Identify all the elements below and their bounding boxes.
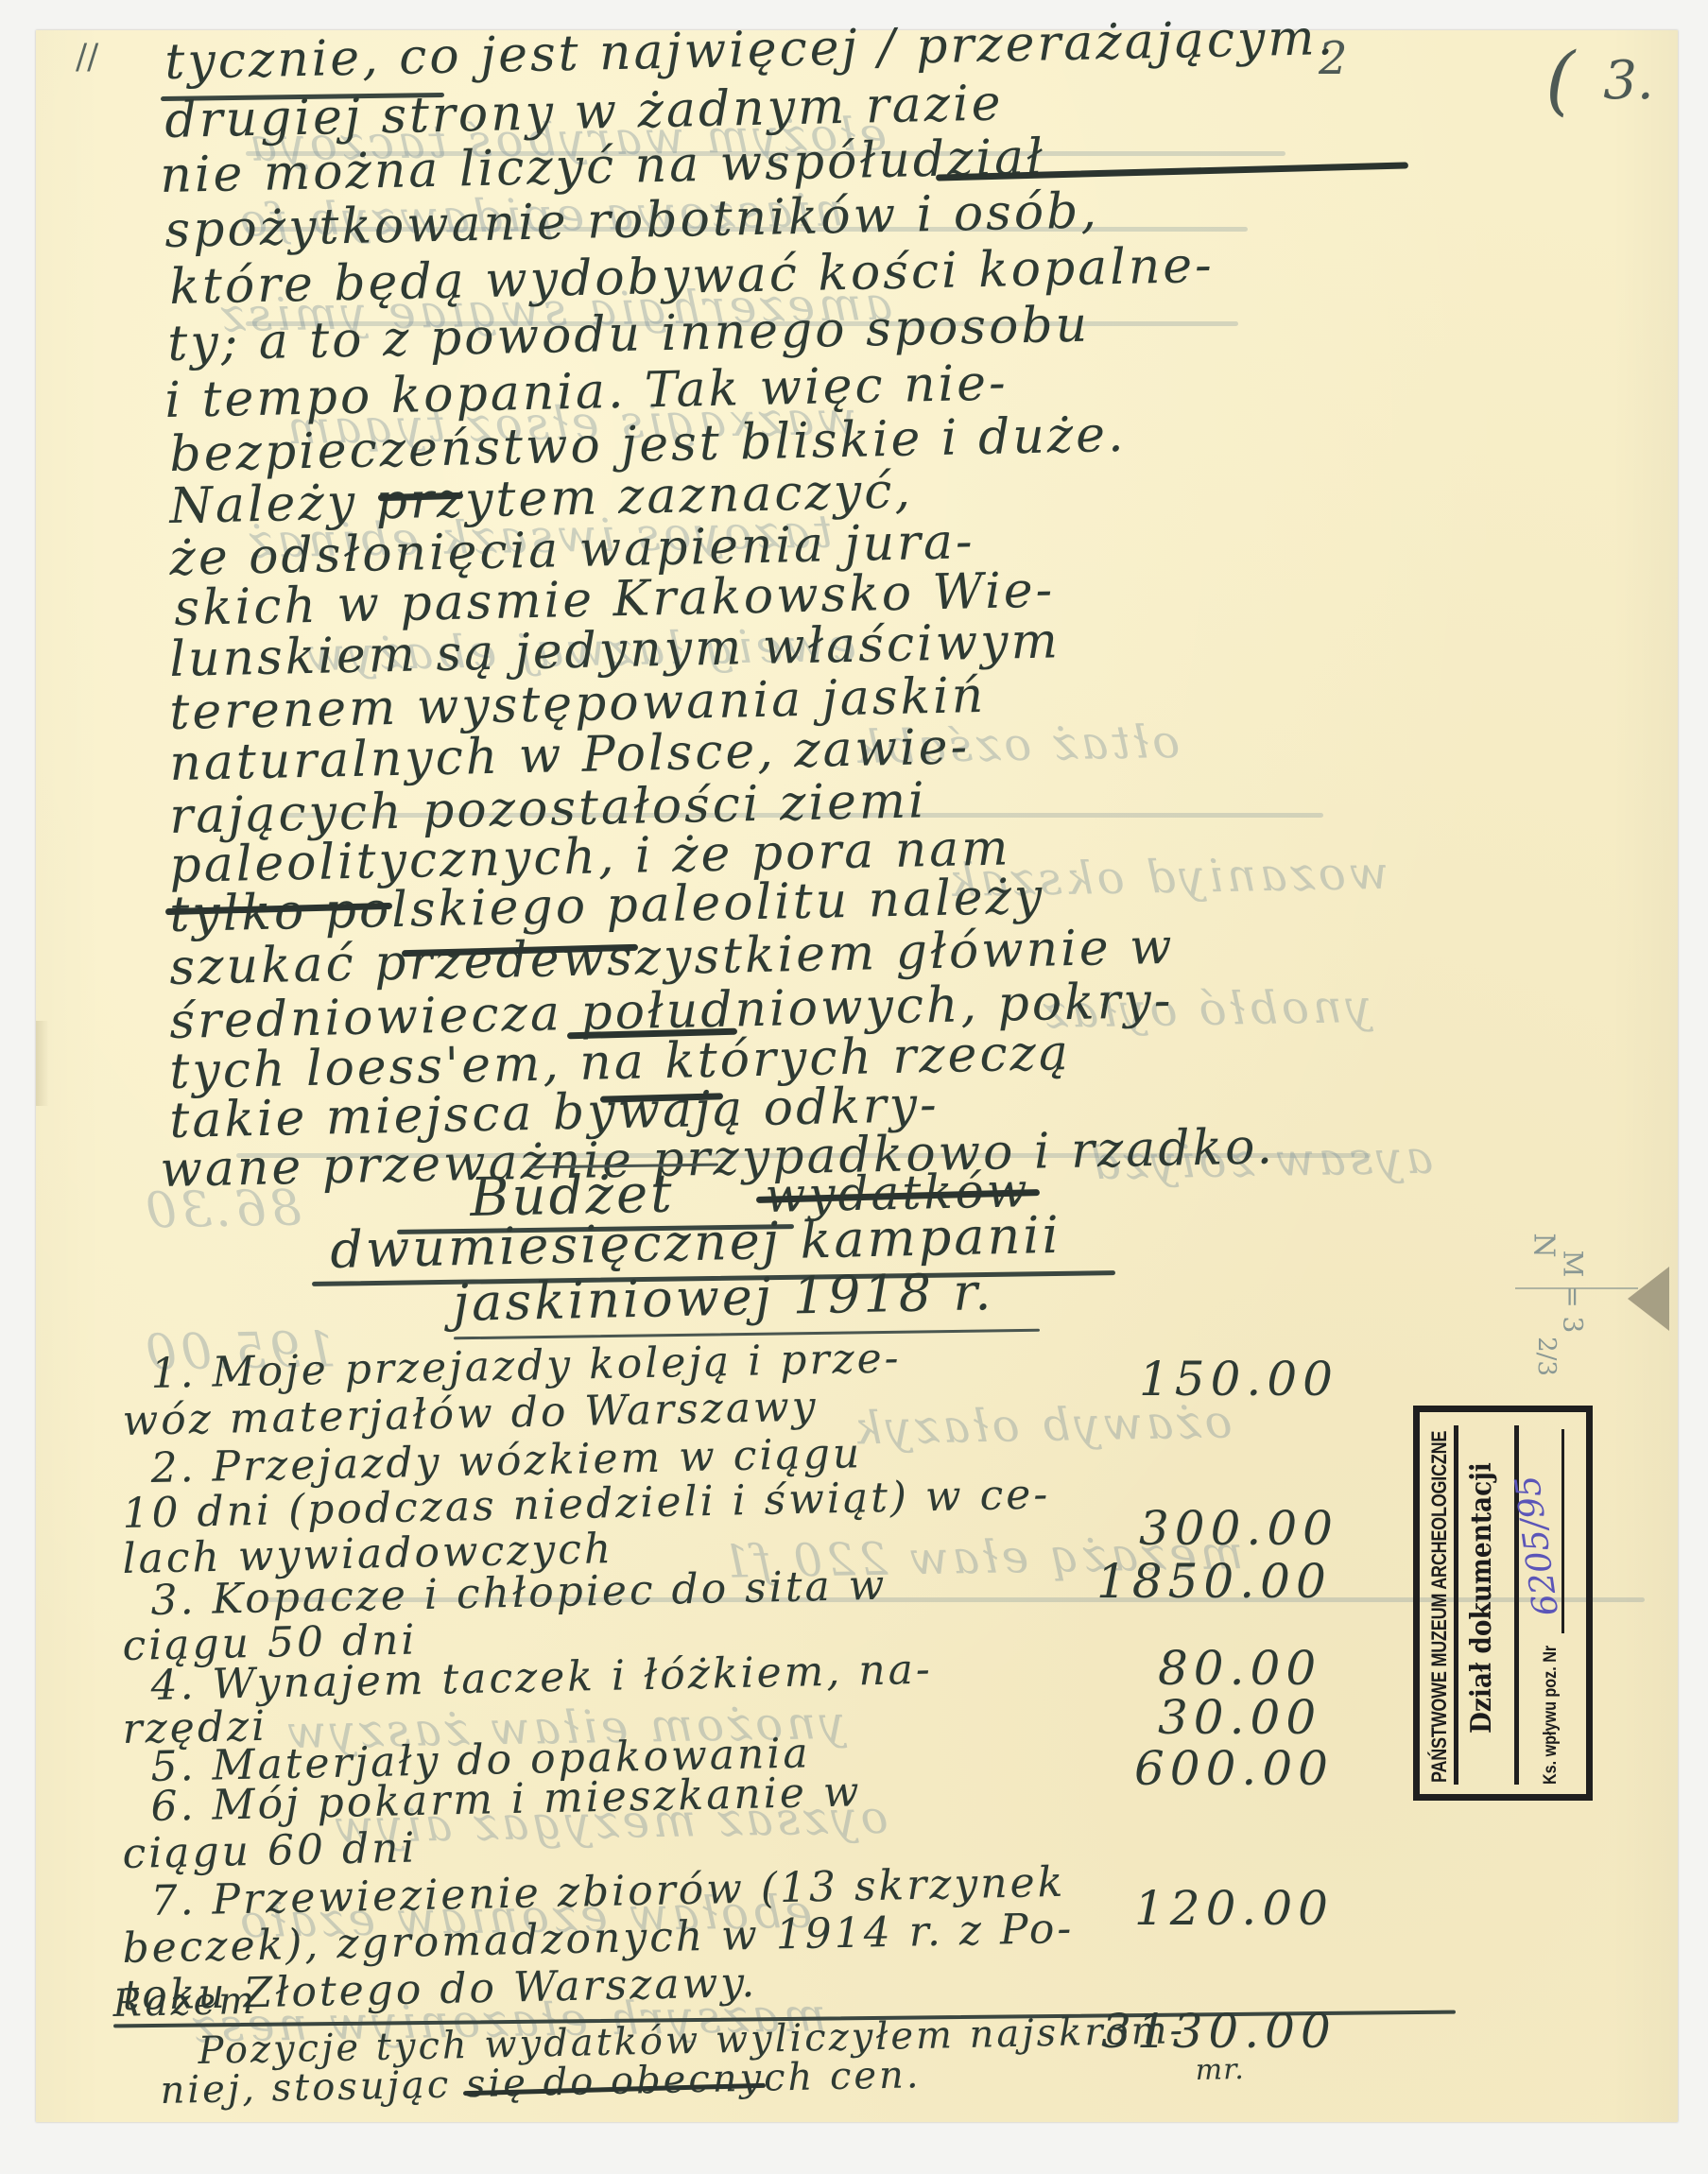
stamp-department: Dział dokumentacji bbox=[1465, 1462, 1498, 1734]
total-currency: mr. bbox=[1195, 2056, 1245, 2085]
pencil-rule bbox=[1515, 1287, 1638, 1289]
budget-item-amount: 120.00 bbox=[1134, 1881, 1334, 1936]
budget-item-amount: 600.00 bbox=[1134, 1741, 1334, 1796]
budget-item-amount: 1850.00 bbox=[1096, 1554, 1332, 1609]
heading-line-3: jaskiniowej 1918 r. bbox=[453, 1267, 994, 1329]
stamp-rule bbox=[1454, 1425, 1458, 1785]
archive-stamp: PAŃSTWOWE MUZEUM ARCHEOLOGICZNE Dział do… bbox=[1413, 1406, 1593, 1801]
margin-mark-top-left: // bbox=[76, 38, 98, 77]
budget-item-amount: 30.00 bbox=[1158, 1690, 1321, 1745]
stamp-register-label: Ks. wpływu poz. Nr bbox=[1541, 1646, 1561, 1785]
stamp-number-line bbox=[1561, 1429, 1564, 1633]
total-label: Razem bbox=[112, 1982, 257, 2023]
budget-item-amount: 80.00 bbox=[1158, 1641, 1321, 1696]
paper-fold-shadow bbox=[36, 1021, 49, 1106]
stamp-institution: PAŃSTWOWE MUZEUM ARCHEOLOGICZNE bbox=[1427, 1431, 1452, 1783]
page-number: (3. bbox=[1574, 28, 1654, 116]
paper-corner-tear bbox=[1628, 1267, 1669, 1331]
pencil-note: M = 3 bbox=[1557, 1251, 1588, 1334]
pencil-note: N bbox=[1527, 1233, 1561, 1257]
budget-item-line: ciągu 60 dni bbox=[122, 1827, 418, 1875]
budget-item-amount: 300.00 bbox=[1139, 1501, 1338, 1556]
pencil-note: 2/3 bbox=[1532, 1337, 1561, 1376]
budget-item-amount: 150.00 bbox=[1139, 1352, 1338, 1406]
